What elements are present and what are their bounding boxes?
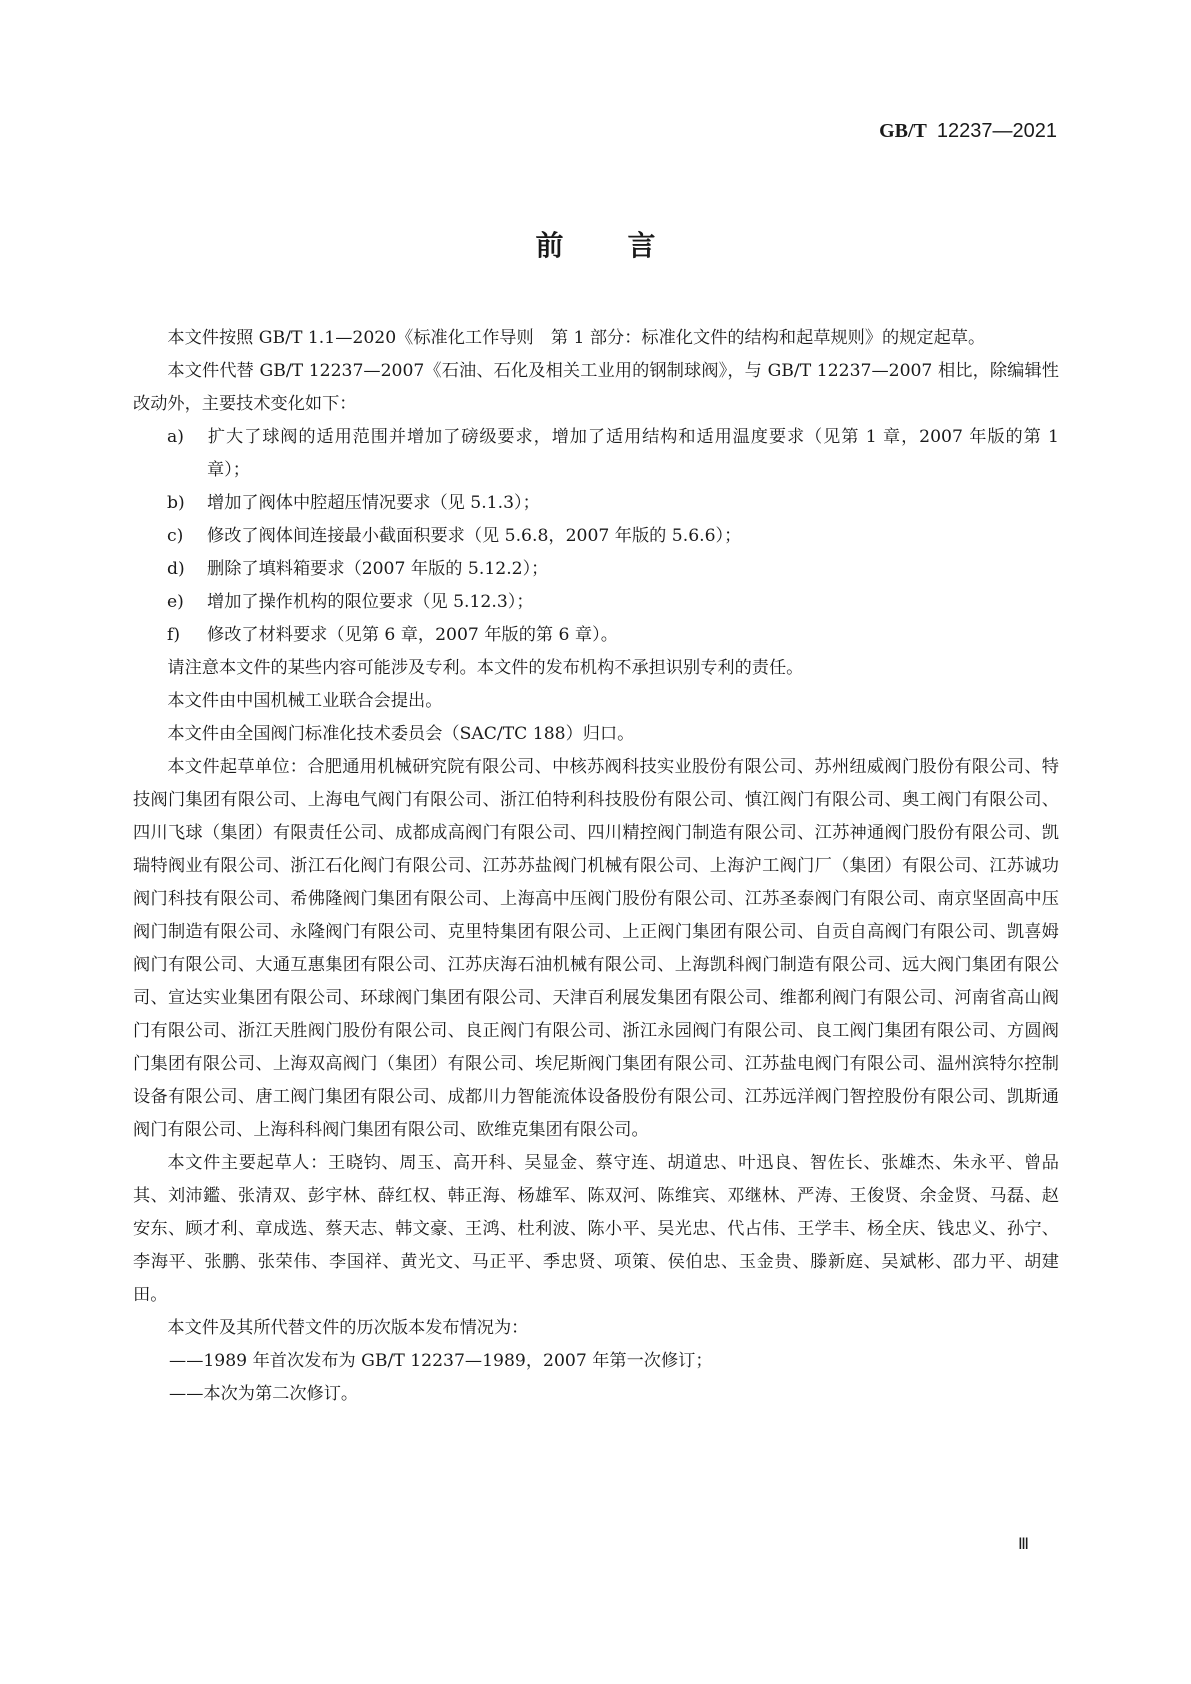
paragraph-managed-by: 本文件由全国阀门标准化技术委员会（SAC/TC 188）归口。	[133, 718, 1059, 751]
change-item: d)删除了填料箱要求（2007 年版的 5.12.2）；	[133, 553, 1059, 586]
paragraph-drafting-rules: 本文件按照 GB/T 1.1—2020《标准化工作导则 第 1 部分：标准化文件…	[133, 322, 1059, 355]
standard-number: 12237—2021	[937, 120, 1057, 142]
change-item-label: f)	[167, 619, 207, 652]
title-char-1: 前	[535, 229, 563, 262]
change-item: a)扩大了球阀的适用范围并增加了磅级要求，增加了适用结构和适用温度要求（见第 1…	[133, 421, 1059, 487]
change-item-label: e)	[167, 586, 207, 619]
paragraph-patent-note: 请注意本文件的某些内容可能涉及专利。本文件的发布机构不承担识别专利的责任。	[133, 652, 1059, 685]
change-item: c)修改了阀体间连接最小截面积要求（见 5.6.8，2007 年版的 5.6.6…	[133, 520, 1059, 553]
change-item-text: 增加了操作机构的限位要求（见 5.12.3）；	[207, 592, 534, 612]
page-title: 前言	[0, 224, 1191, 264]
standard-number-header: GB/T12237—2021	[879, 118, 1057, 143]
change-item: b)增加了阀体中腔超压情况要求（见 5.1.3）；	[133, 487, 1059, 520]
page-number: Ⅲ	[1018, 1534, 1029, 1554]
foreword-body: 本文件按照 GB/T 1.1—2020《标准化工作导则 第 1 部分：标准化文件…	[133, 322, 1059, 1411]
paragraph-main-drafters: 本文件主要起草人：王晓钧、周玉、高开科、吴显金、蔡守连、胡道忠、叶迅良、智佐长、…	[133, 1147, 1059, 1312]
paragraph-drafting-units: 本文件起草单位：合肥通用机械研究院有限公司、中核苏阀科技实业股份有限公司、苏州纽…	[133, 751, 1059, 1147]
change-item-label: b)	[167, 487, 207, 520]
change-item-text: 增加了阀体中腔超压情况要求（见 5.1.3）；	[207, 493, 540, 513]
change-item-label: a)	[167, 421, 207, 454]
change-item-label: c)	[167, 520, 207, 553]
paragraph-proposed-by: 本文件由中国机械工业联合会提出。	[133, 685, 1059, 718]
change-item-text: 删除了填料箱要求（2007 年版的 5.12.2）；	[207, 559, 548, 579]
change-item-text: 修改了材料要求（见第 6 章，2007 年版的第 6 章）。	[207, 625, 618, 645]
history-item: ——1989 年首次发布为 GB/T 12237—1989，2007 年第一次修…	[133, 1345, 1059, 1378]
standard-prefix: GB/T	[879, 120, 927, 142]
paragraph-replacement: 本文件代替 GB/T 12237—2007《石油、石化及相关工业用的钢制球阀》，…	[133, 355, 1059, 421]
paragraph-history-intro: 本文件及其所代替文件的历次版本发布情况为：	[133, 1312, 1059, 1345]
change-item-label: d)	[167, 553, 207, 586]
change-item-text: 修改了阀体间连接最小截面积要求（见 5.6.8，2007 年版的 5.6.6）；	[207, 526, 741, 546]
history-item: ——本次为第二次修订。	[133, 1378, 1059, 1411]
change-item: e)增加了操作机构的限位要求（见 5.12.3）；	[133, 586, 1059, 619]
change-item-text: 扩大了球阀的适用范围并增加了磅级要求，增加了适用结构和适用温度要求（见第 1 章…	[207, 427, 1059, 480]
change-item: f)修改了材料要求（见第 6 章，2007 年版的第 6 章）。	[133, 619, 1059, 652]
title-char-2: 言	[628, 229, 656, 262]
